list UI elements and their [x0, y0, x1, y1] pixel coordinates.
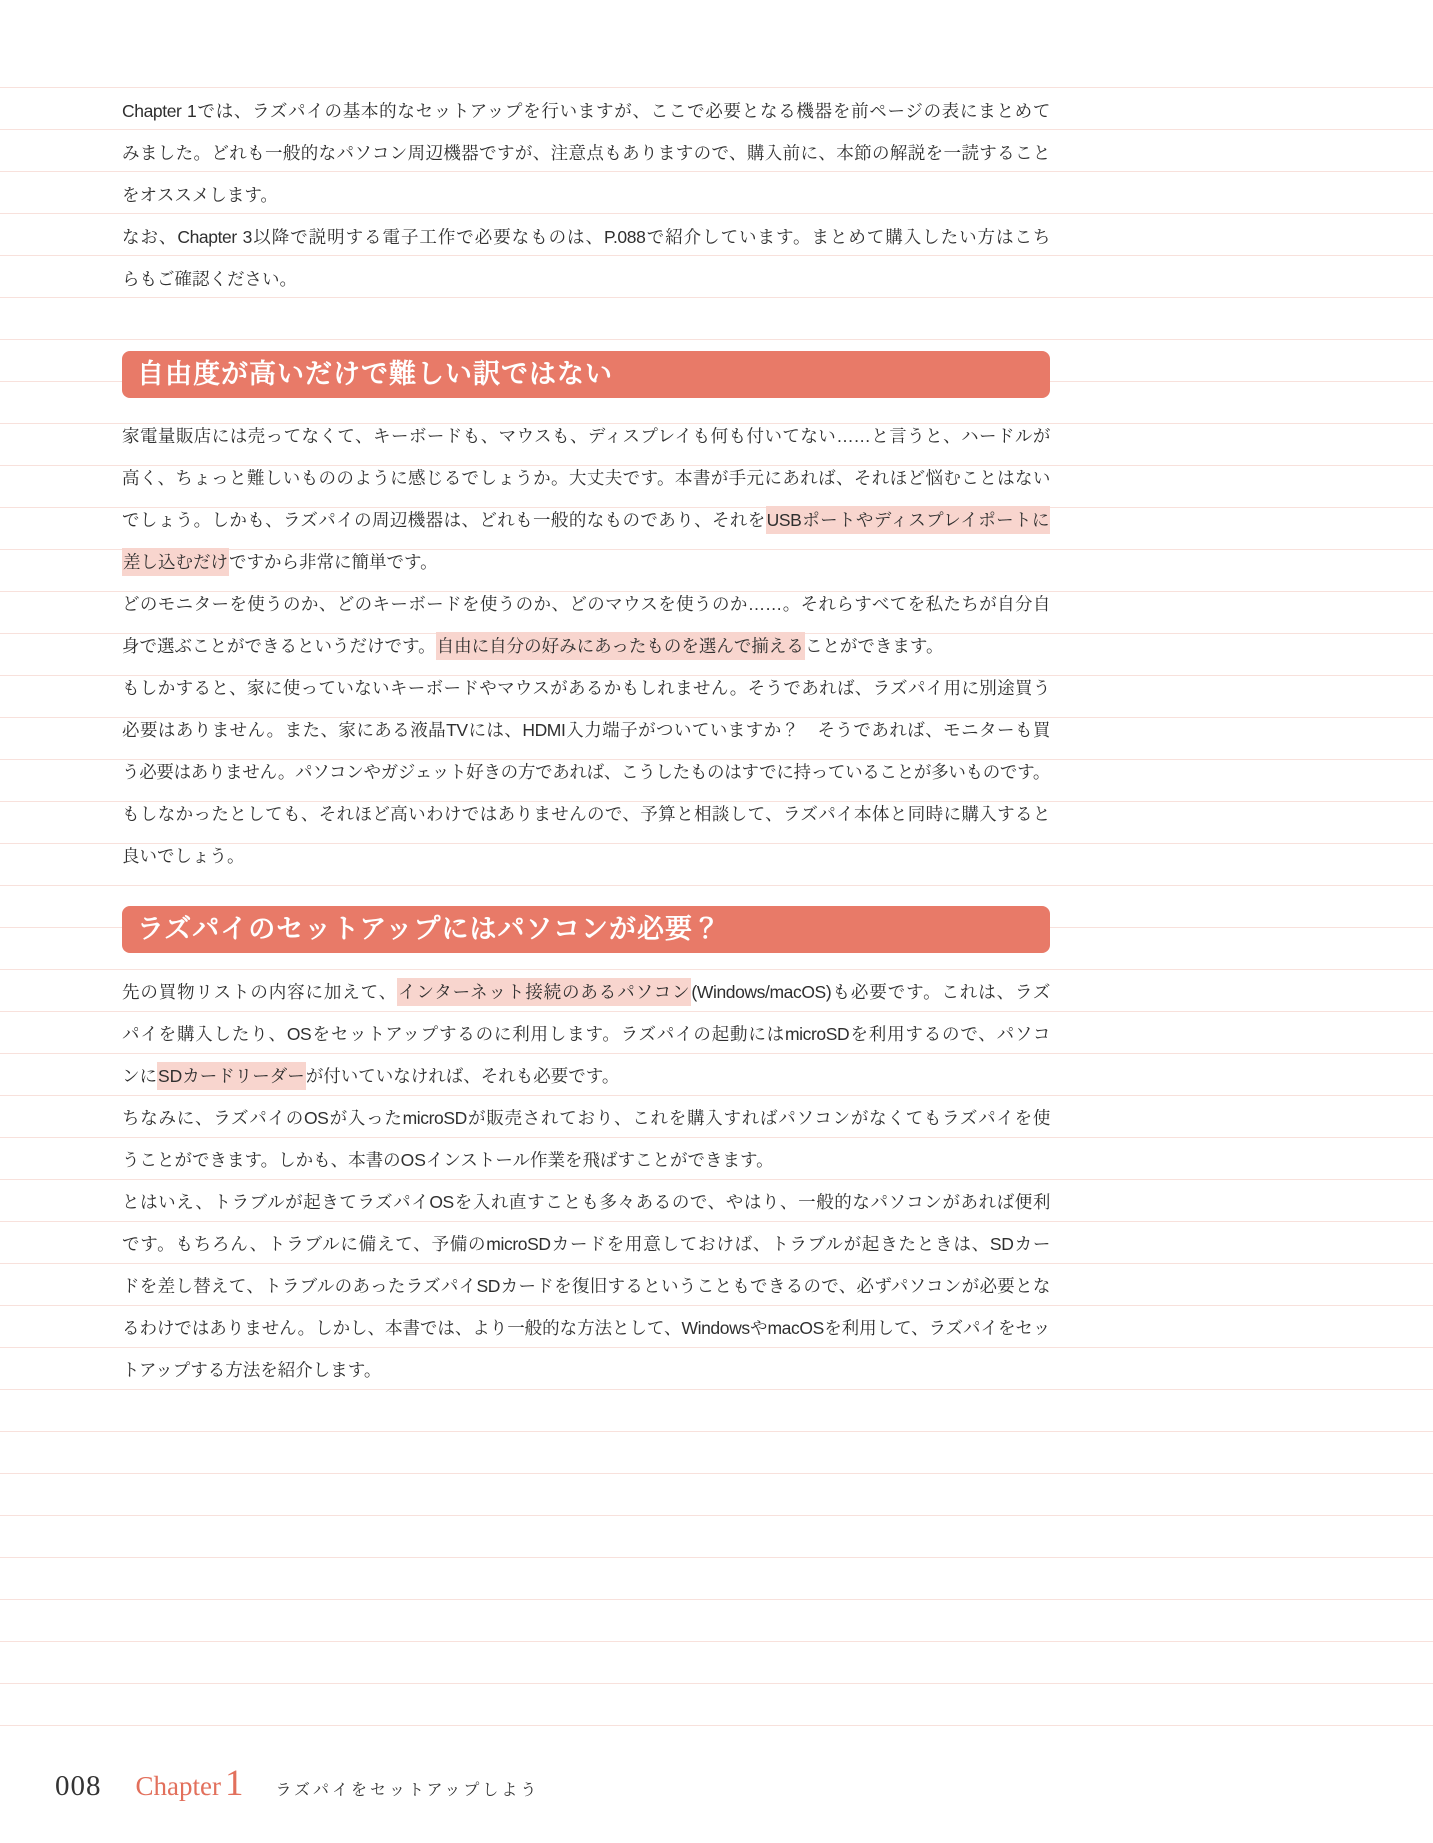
text-line: Chapter 1では、ラズパイの基本的なセットアップを行いますが、ここで必要と…	[122, 90, 1050, 132]
chapter-label: Chapter 1	[136, 1762, 244, 1805]
text-line: ンにSDカードリーダーが付いていなければ、それも必要です。	[122, 1055, 1050, 1097]
text-line: もしかすると、家に使っていないキーボードやマウスがあるかもしれません。そうであれ…	[122, 667, 1050, 709]
section-body-freedom: 家電量販店には売ってなくて、キーボードも、マウスも、ディスプレイも何も付いてない…	[122, 415, 1050, 877]
highlight: インターネット接続のあるパソコン	[397, 978, 691, 1006]
chapter-number: 1	[225, 1763, 244, 1804]
highlight: SDカードリーダー	[157, 1062, 306, 1090]
chapter-title: ラズパイをセットアップしよう	[275, 1777, 539, 1800]
text-line: なお、Chapter 3以降で説明する電子工作で必要なものは、P.088で紹介し…	[122, 216, 1050, 258]
text-line: 先の買物リストの内容に加えて、インターネット接続のあるパソコン(Windows/…	[122, 971, 1050, 1013]
text-line: 家電量販店には売ってなくて、キーボードも、マウスも、ディスプレイも何も付いてない…	[122, 415, 1050, 457]
intro-paragraph-1: Chapter 1では、ラズパイの基本的なセットアップを行いますが、ここで必要と…	[122, 90, 1050, 216]
book-page: Chapter 1では、ラズパイの基本的なセットアップを行いますが、ここで必要と…	[0, 0, 1433, 1843]
highlight: USBポートやディスプレイポートに	[766, 506, 1050, 534]
text-line: トアップする方法を紹介します。	[122, 1349, 1050, 1391]
highlight: 差し込むだけ	[122, 548, 229, 576]
chapter-word: Chapter	[136, 1771, 221, 1801]
text-line: う必要はありません。パソコンやガジェット好きの方であれば、こうしたものはすでに持…	[122, 751, 1050, 793]
text-line: でしょう。しかも、ラズパイの周辺機器は、どれも一般的なものであり、それをUSBポ…	[122, 499, 1050, 541]
text-line: パイを購入したり、OSをセットアップするのに利用します。ラズパイの起動にはmic…	[122, 1013, 1050, 1055]
text-line: とはいえ、トラブルが起きてラズパイOSを入れ直すことも多々あるので、やはり、一般…	[122, 1181, 1050, 1223]
text-line: もしなかったとしても、それほど高いわけではありませんので、予算と相談して、ラズパ…	[122, 793, 1050, 835]
text-line: ドを差し替えて、トラブルのあったラズパイSDカードを復旧するということもできるの…	[122, 1265, 1050, 1307]
text-line: どのモニターを使うのか、どのキーボードを使うのか、どのマウスを使うのか……。それ…	[122, 583, 1050, 625]
text-line: るわけではありません。しかし、本書では、より一般的な方法として、Windowsや…	[122, 1307, 1050, 1349]
page-number: 008	[55, 1770, 102, 1803]
text-line: みました。どれも一般的なパソコン周辺機器ですが、注意点もありますので、購入前に、…	[122, 132, 1050, 174]
text-line: をオススメします。	[122, 174, 1050, 216]
text-line: ちなみに、ラズパイのOSが入ったmicroSDが販売されており、これを購入すれば…	[122, 1097, 1050, 1139]
text-line: うことができます。しかも、本書のOSインストール作業を飛ばすことができます。	[122, 1139, 1050, 1181]
intro-paragraph-2: なお、Chapter 3以降で説明する電子工作で必要なものは、P.088で紹介し…	[122, 216, 1050, 300]
text-line: 高く、ちょっと難しいもののように感じるでしょうか。大丈夫です。本書が手元にあれば…	[122, 457, 1050, 499]
text-line: 良いでしょう。	[122, 835, 1050, 877]
section-title: ラズパイのセットアップにはパソコンが必要？	[137, 914, 721, 944]
section-header-freedom: 自由度が高いだけで難しい訳ではない	[122, 351, 1050, 398]
page-footer: 008 Chapter 1 ラズパイをセットアップしよう	[55, 1762, 1355, 1812]
text-line: です。もちろん、トラブルに備えて、予備のmicroSDカードを用意しておけば、ト…	[122, 1223, 1050, 1265]
text-column: Chapter 1では、ラズパイの基本的なセットアップを行いますが、ここで必要と…	[122, 0, 1050, 1843]
section-header-pc-needed: ラズパイのセットアップにはパソコンが必要？	[122, 906, 1050, 953]
text-line: 差し込むだけですから非常に簡単です。	[122, 541, 1050, 583]
text-line: 必要はありません。また、家にある液晶TVには、HDMI入力端子がついていますか？…	[122, 709, 1050, 751]
highlight: 自由に自分の好みにあったものを選んで揃える	[436, 632, 805, 660]
text-line: 身で選ぶことができるというだけです。自由に自分の好みにあったものを選んで揃えるこ…	[122, 625, 1050, 667]
intro-block: Chapter 1では、ラズパイの基本的なセットアップを行いますが、ここで必要と…	[122, 90, 1050, 300]
section-title: 自由度が高いだけで難しい訳ではない	[137, 359, 613, 389]
section-body-pc-needed: 先の買物リストの内容に加えて、インターネット接続のあるパソコン(Windows/…	[122, 971, 1050, 1391]
text-line: らもご確認ください。	[122, 258, 1050, 300]
